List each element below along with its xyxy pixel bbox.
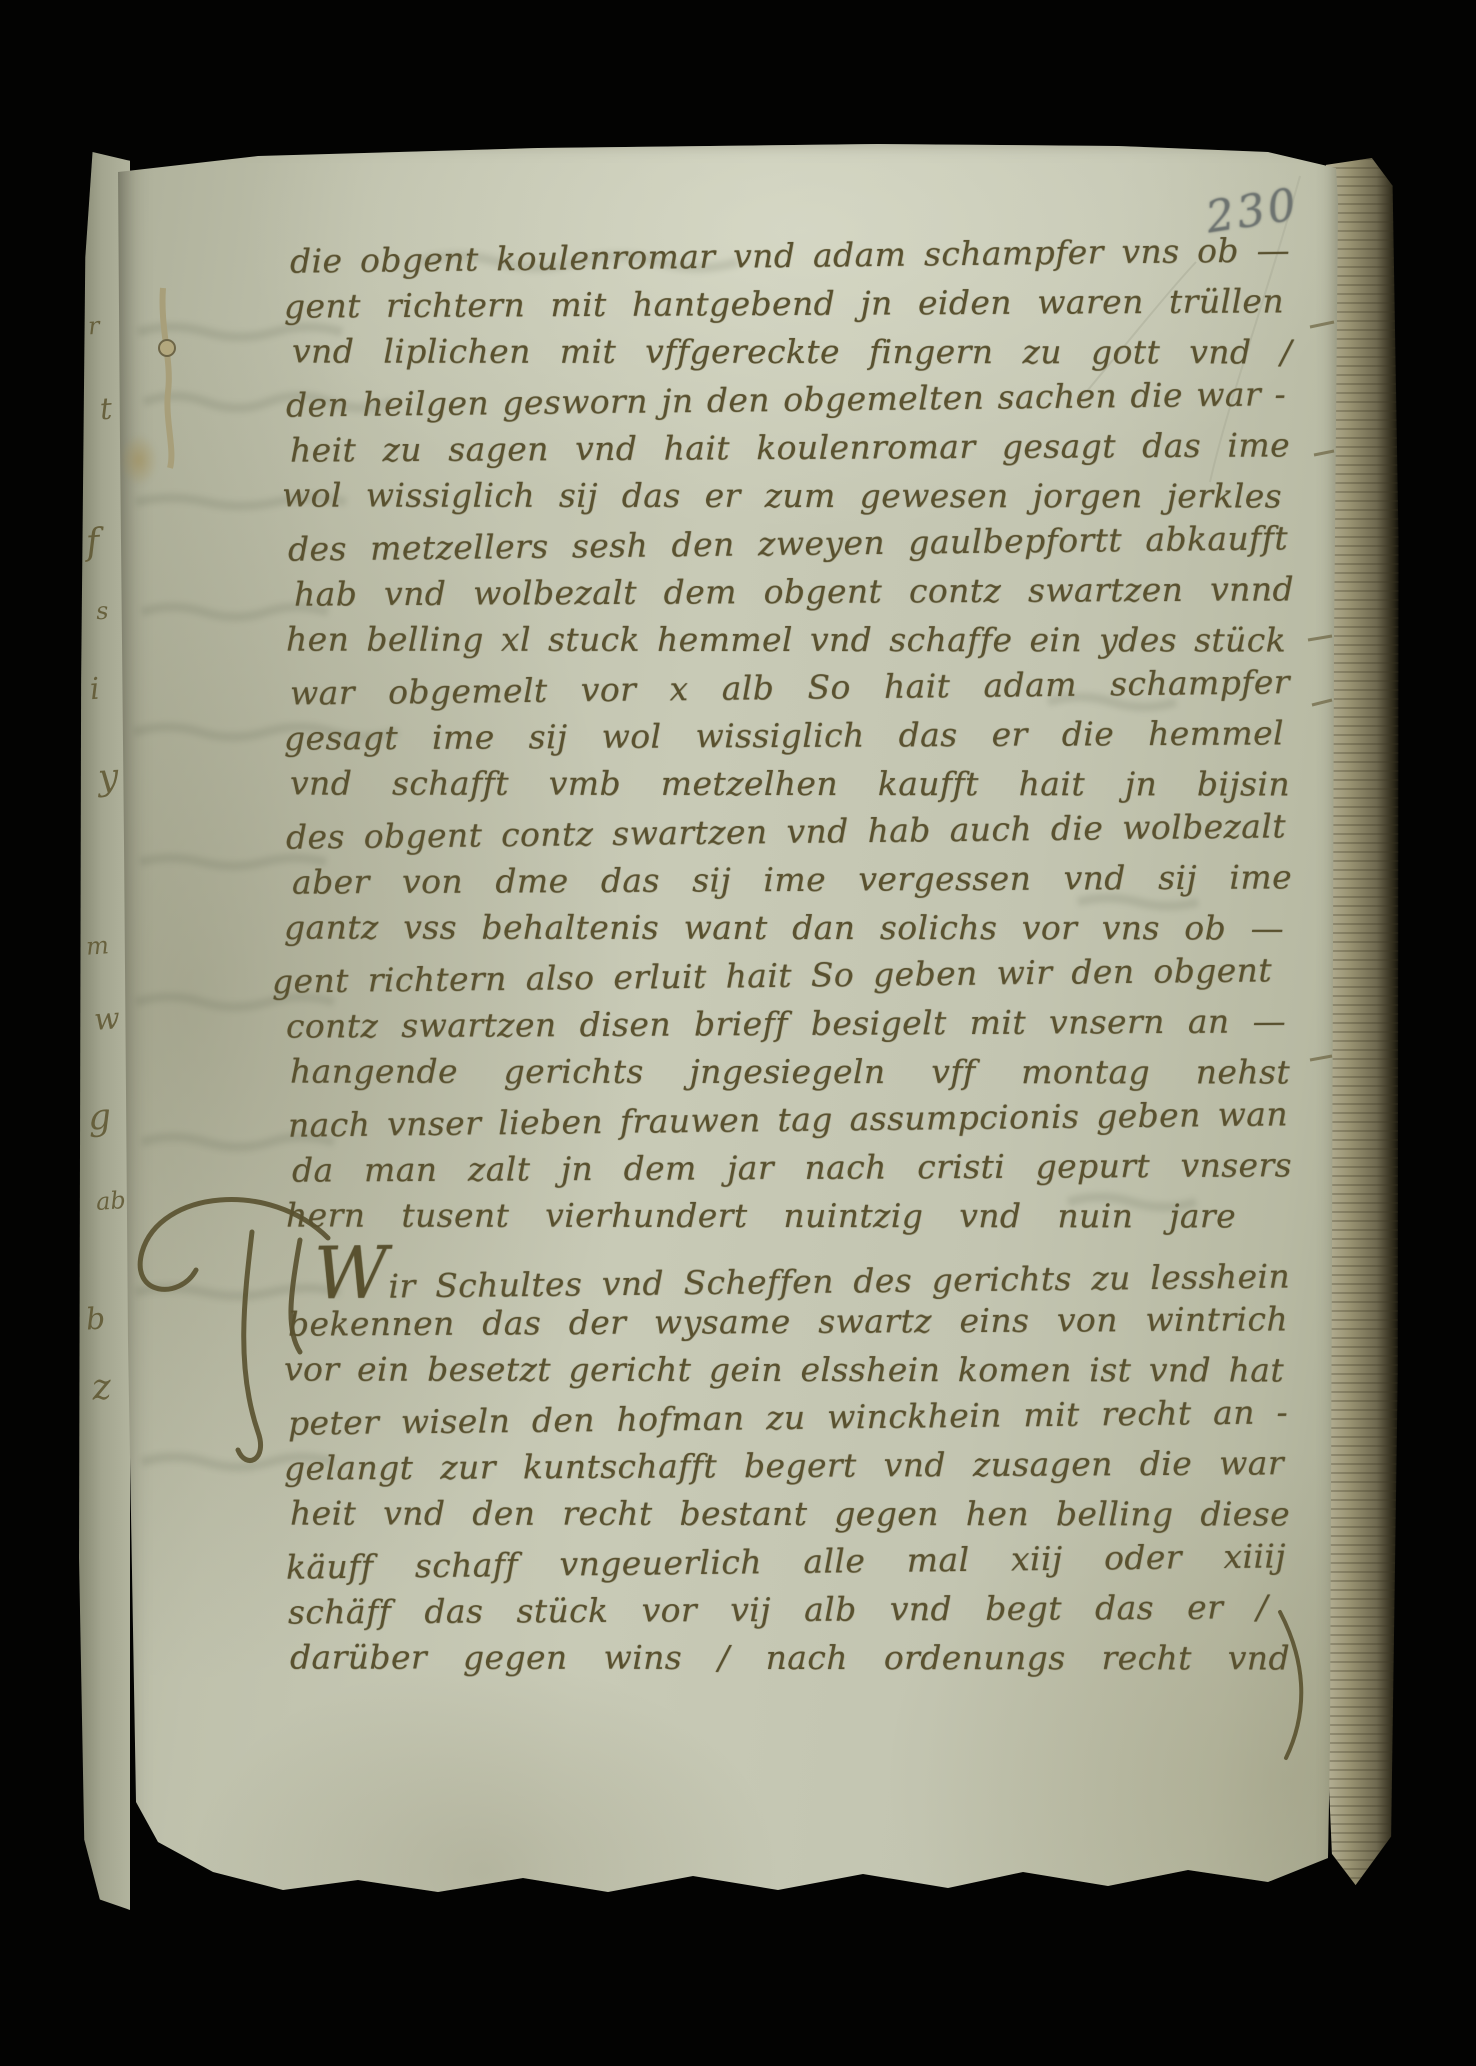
- entry1-line-4: den heilgen gesworn jn den obgemelten sa…: [286, 374, 1286, 431]
- entry1-line-20: da man zalt jn dem jar nach cristi gepur…: [292, 1145, 1292, 1196]
- entry1-line-18: hangende gerichts jngesiegeln vff montag…: [290, 1052, 1290, 1099]
- entry1-line-17: contz swartzen disen brieff besigelt mit…: [286, 1001, 1286, 1052]
- manuscript-page: 230 die obgent koulenromar vnd adam scha…: [118, 142, 1338, 1924]
- photo-canvas: rtfsiymwgabbz: [0, 0, 1476, 2066]
- facing-page-text-fragment: m: [85, 931, 110, 961]
- entry2-line-8: schäff das stück vor vij alb vnd begt da…: [288, 1587, 1268, 1638]
- entry1-line-15: gantz vss behaltenis want dan solichs vo…: [284, 908, 1284, 955]
- entry1-line-3: vnd liplichen mit vffgereckte fingern zu…: [292, 332, 1292, 379]
- entry2-line-5: gelangt zur kuntschafft begert vnd zusag…: [284, 1443, 1284, 1494]
- ink-stain: [120, 434, 158, 486]
- entry2-line-2: bekennen das der wysame swartz eins von …: [288, 1299, 1288, 1350]
- entry1-line-21: hern tusent vierhundert nuintzig vnd nui…: [286, 1196, 1236, 1243]
- facing-page-text-fragment: g: [87, 1096, 113, 1139]
- facing-page-text-fragment: z: [91, 1366, 113, 1408]
- entry1-line-14: aber von dme das sij ime vergessen vnd s…: [292, 857, 1292, 908]
- facing-page-text-fragment: ab: [95, 1186, 127, 1216]
- facing-page-text-fragment: f: [85, 522, 101, 564]
- entry1-line-1: die obgent koulenromar vnd adam schampfe…: [290, 230, 1290, 287]
- entry2-line-9: darüber gegen wins / nach ordenungs rech…: [290, 1638, 1290, 1685]
- facing-page-text-fragment: s: [95, 597, 109, 626]
- entry2-line-7: käuff schaff vngeuerlich alle mal xiij o…: [286, 1536, 1286, 1593]
- facing-page-text-fragment: y: [97, 756, 120, 798]
- entry2-line-4: peter wiseln den hofman zu winckhein mit…: [288, 1392, 1288, 1449]
- facing-page-text-fragment: b: [85, 1301, 107, 1337]
- entry1-line-8: hab vnd wolbezalt dem obgent contz swart…: [294, 569, 1294, 620]
- entry1-line-7: des metzellers sesh den zweyen gaulbepfo…: [288, 518, 1288, 575]
- facing-page-text-fragment: r: [87, 312, 100, 341]
- entry1-line-12: vnd schafft vmb metzelhen kaufft hait jn…: [290, 764, 1290, 811]
- entry1-line-5: heit zu sagen vnd hait koulenromar gesag…: [290, 425, 1290, 476]
- entry2-line-3: vor ein besetzt gericht gein elsshein ko…: [284, 1350, 1284, 1397]
- facing-page-text-fragment: t: [99, 392, 113, 428]
- entry1-line-2: gent richtern mit hantgebend jn eiden wa…: [284, 281, 1284, 332]
- facing-page-text-fragment: w: [93, 1001, 121, 1038]
- entry1-line-19: nach vnser lieben frauwen tag assumpcion…: [288, 1094, 1288, 1151]
- entry1-line-13: des obgent contz swartzen vnd hab auch d…: [286, 806, 1286, 863]
- entry1-line-16: gent richtern also erluit hait So geben …: [272, 950, 1272, 1007]
- facing-page-text-fragment: i: [89, 672, 101, 708]
- entry1-line-6: wol wissiglich sij das er zum gewesen jo…: [282, 476, 1282, 523]
- entry1-line-9: hen belling xl stuck hemmel vnd schaffe …: [286, 620, 1286, 667]
- entry2-line-1: Wir Schultes vnd Scheffen des gerichts z…: [314, 1248, 1290, 1305]
- binding-thread: [159, 288, 175, 468]
- entry2-line-6: heit vnd den recht bestant gegen hen bel…: [290, 1494, 1290, 1541]
- margin-ink-dashes: [1308, 322, 1334, 1060]
- page-stack-fore-edge: [1326, 158, 1400, 1892]
- entry1-line-11: gesagt ime sij wol wissiglich das er die…: [284, 713, 1284, 764]
- entry1-line-10: war obgemelt vor x alb So hait adam scha…: [290, 662, 1290, 719]
